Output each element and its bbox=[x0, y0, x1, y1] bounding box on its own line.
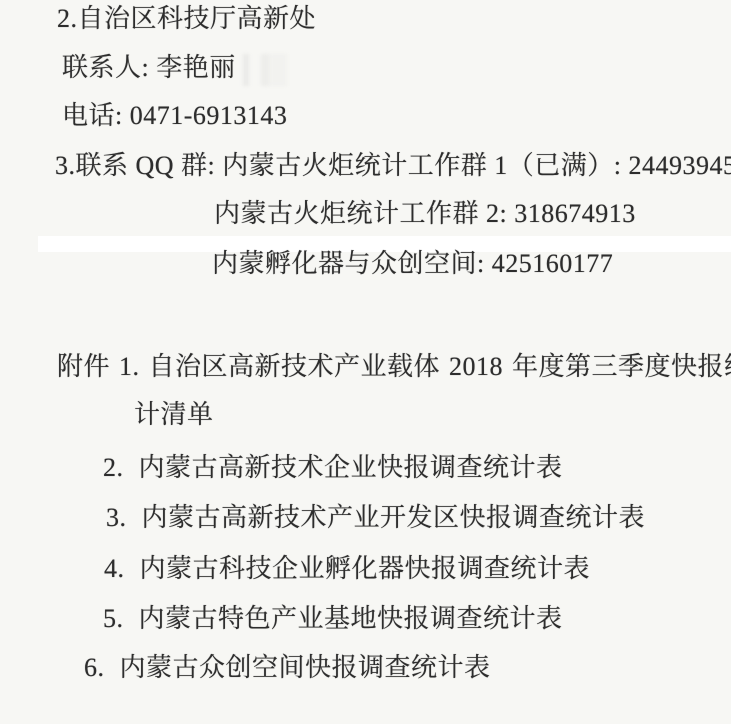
line-attachment-1-part2: 计清单 bbox=[134, 399, 214, 431]
line-department: 2.自治区科技厅高新处 bbox=[57, 3, 316, 35]
scan-smudge bbox=[243, 54, 313, 86]
line-attachment-2: 2. 内蒙古高新技术企业快报调查统计表 bbox=[103, 452, 563, 484]
line-qq-group-1: 3.联系 QQ 群: 内蒙古火炬统计工作群 1（已满）: 244939459 bbox=[55, 150, 731, 182]
line-contact-person: 联系人: 李艳丽 bbox=[62, 52, 236, 84]
line-attachment-3: 3. 内蒙古高新技术产业开发区快报调查统计表 bbox=[106, 502, 645, 534]
line-qq-group-3: 内蒙孵化器与众创空间: 425160177 bbox=[212, 248, 613, 280]
line-qq-group-2: 内蒙古火炬统计工作群 2: 318674913 bbox=[214, 198, 636, 230]
line-attachment-6: 6. 内蒙古众创空间快报调查统计表 bbox=[84, 652, 491, 684]
scanned-document-page: 2.自治区科技厅高新处 联系人: 李艳丽 电话: 0471-6913143 3.… bbox=[0, 0, 731, 724]
line-attachment-1-part1: 附件 1. 自治区高新技术产业载体 2018 年度第三季度快报统 bbox=[57, 351, 731, 383]
line-phone-number: 电话: 0471-6913143 bbox=[62, 100, 287, 132]
line-attachment-4: 4. 内蒙古科技企业孵化器快报调查统计表 bbox=[104, 553, 590, 585]
line-attachment-5: 5. 内蒙古特色产业基地快报调查统计表 bbox=[103, 603, 563, 635]
